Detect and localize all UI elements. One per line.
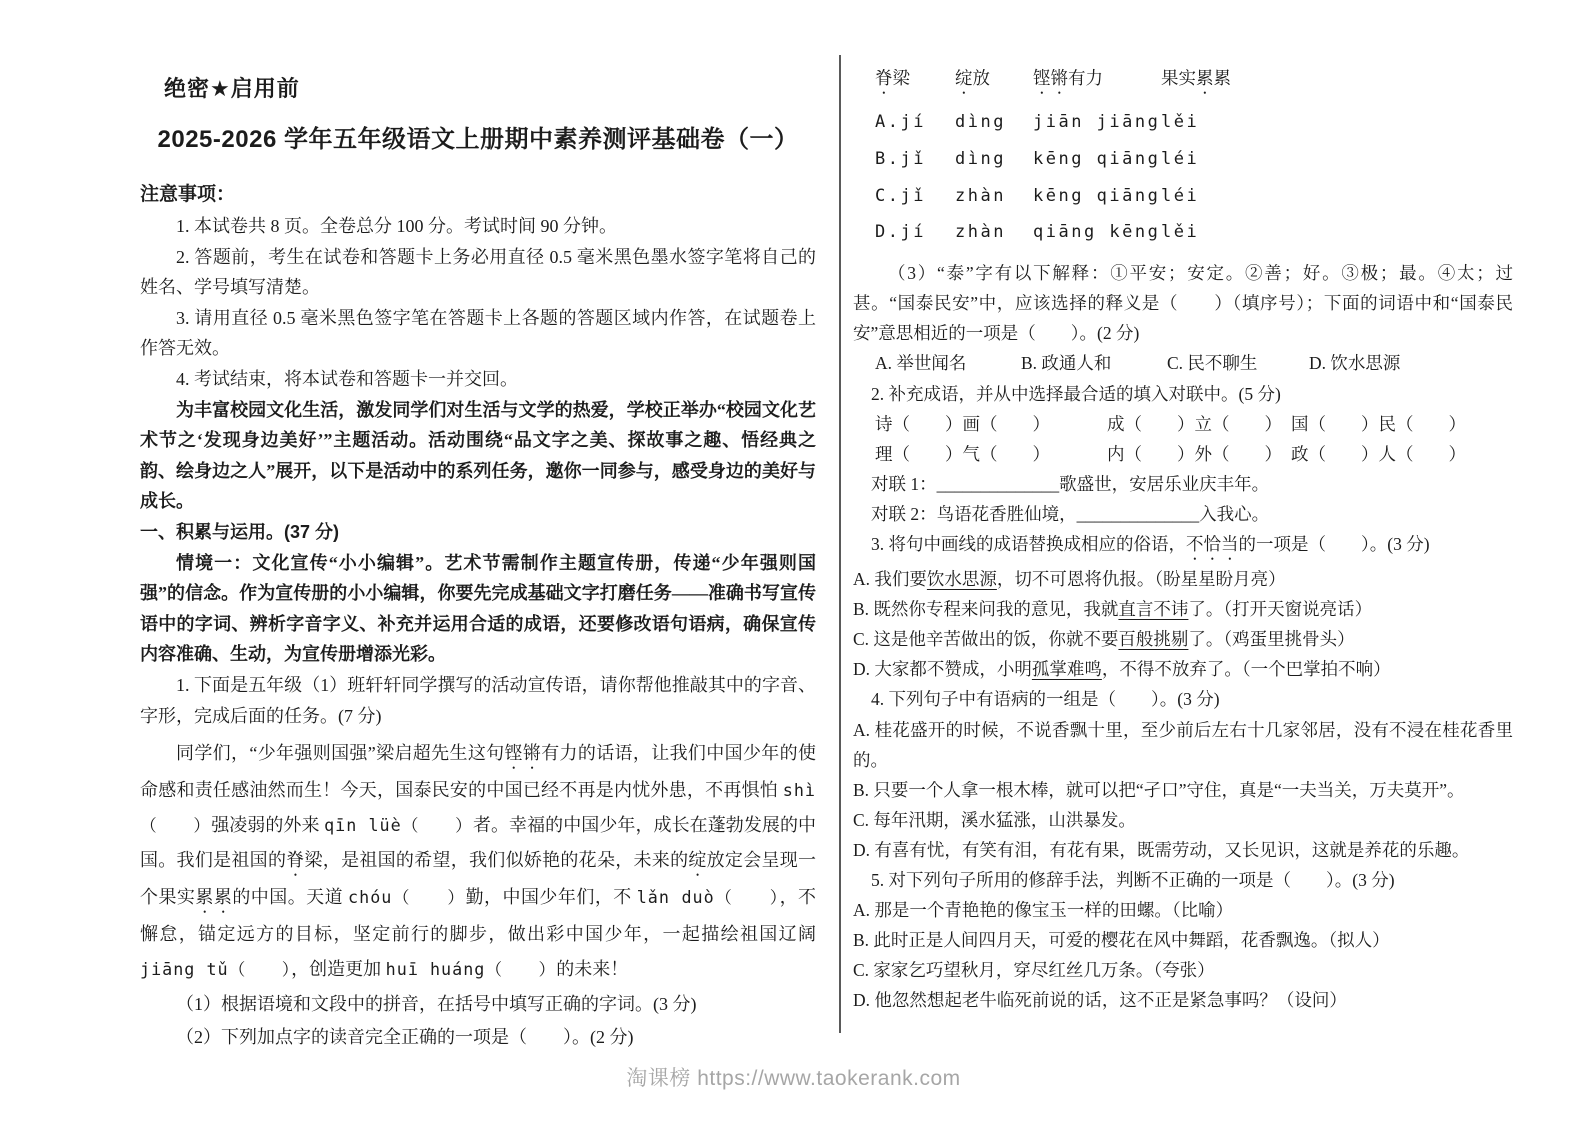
idiom-blank-4: 理（ ）气（ ） [875, 439, 1107, 469]
dotted-word-2: 绽放 [955, 66, 1033, 98]
dotted-word-3: 铿锵有力 [1033, 66, 1161, 98]
pinyin-d-3: qiāng kēng [1033, 221, 1161, 245]
idiom-blanks-row-1: 诗（ ）画（ ） 成（ ）立（ ） 国（ ）民（ ） [853, 409, 1513, 439]
paper-title: 2025-2026 学年五年级语文上册期中素养测评基础卷（一） [140, 124, 816, 155]
question-2-stem: 2. 补充成语，并从中选择最合适的填入对联中。(5 分) [853, 379, 1513, 409]
dotted-word-1: 脊梁 [875, 66, 955, 98]
footer-site-link[interactable]: 淘课榜 https://www.taokerank.com [626, 1067, 960, 1090]
notice-item-2: 2. 答题前，考生在试卷和答题卡上务必用直径 0.5 毫米黑色墨水签字笔将自己的… [140, 242, 816, 303]
pinyin-a-1: A.jí [875, 111, 955, 135]
pinyin-b-4: léi [1161, 148, 1513, 172]
pinyin-c-4: léi [1161, 185, 1513, 209]
question-4-option-c: C. 每年汛期，溪水猛涨，山洪暴发。 [853, 805, 1513, 835]
question-5-option-d: D. 他忽然想起老牛临死前说的话，这不正是紧急事吗？（设问） [853, 985, 1513, 1015]
question-1-3-stem: （3）“泰”字有以下解释：①平安；安定。②善；好。③极；最。④太；过甚。“国泰民… [853, 258, 1513, 348]
column-divider [839, 55, 841, 1033]
pinyin-option-b: B.jǐ dìng kēng qiāng léi [853, 148, 1513, 172]
intro-paragraph: 为丰富校园文化生活，激发同学们对生活与文学的热爱，学校正举办“校园文化艺术节之‘… [140, 395, 816, 517]
question-4-option-b: B. 只要一个人拿一根木棒，就可以把“孑口”守住，真是“一夫当关，万夫莫开”。 [853, 775, 1513, 805]
section-1-heading: 一、积累与运用。(37 分) [140, 517, 816, 548]
idiom-blank-6: 政（ ）人（ ） [1291, 439, 1513, 469]
question-5-option-a: A. 那是一个青艳艳的像宝玉一样的田螺。（比喻） [853, 895, 1513, 925]
dotted-words-row: 脊梁 绽放 铿锵有力 果实累累 [853, 66, 1513, 98]
pinyin-c-1: C.jǐ [875, 185, 955, 209]
pinyin-a-4: lěi [1161, 111, 1513, 135]
tai-option-c: C. 民不聊生 [1167, 348, 1309, 378]
pinyin-option-d: D.jí zhàn qiāng kēng lěi [853, 221, 1513, 245]
question-1-1-stem: （1）根据语境和文段中的拼音，在括号中填写正确的字词。(3 分) [140, 988, 816, 1021]
idiom-blank-1: 诗（ ）画（ ） [875, 409, 1107, 439]
question-4-option-a: A. 桂花盛开的时候，不说香飘十里，至少前后左右十几家邻居，没有不浸在桂花香里的… [853, 715, 1513, 775]
question-4-stem: 4. 下列句子中有语病的一组是（ ）。(3 分) [853, 684, 1513, 714]
notice-item-1: 1. 本试卷共 8 页。全卷总分 100 分。考试时间 90 分钟。 [140, 211, 816, 242]
question-3-option-a: A. 我们要饮水思源，切不可恩将仇报。（盼星星盼月亮） [853, 564, 1513, 594]
notice-item-4: 4. 考试结束，将本试卷和答题卡一并交回。 [140, 364, 816, 395]
pinyin-d-1: D.jí [875, 221, 955, 245]
pinyin-b-1: B.jǐ [875, 148, 955, 172]
tai-option-a: A. 举世闻名 [875, 348, 1021, 378]
question-1-2-stem: （2）下列加点字的读音完全正确的一项是（ ）。(2 分) [140, 1021, 816, 1054]
pinyin-c-3: kēng qiāng [1033, 185, 1161, 209]
question-5-option-b: B. 此时正是人间四月天，可爱的樱花在风中舞蹈，花香飘逸。（拟人） [853, 925, 1513, 955]
left-column: 绝密★启用前 2025-2026 学年五年级语文上册期中素养测评基础卷（一） 注… [140, 75, 816, 1054]
pinyin-d-2: zhàn [955, 221, 1033, 245]
idiom-blanks-row-2: 理（ ）气（ ） 内（ ）外（ ） 政（ ）人（ ） [853, 439, 1513, 469]
couplet-1: 对联 1：______________歌盛世，安居乐业庆丰年。 [853, 469, 1513, 499]
pinyin-a-3: jiān jiāng [1033, 111, 1161, 135]
pinyin-b-2: dìng [955, 148, 1033, 172]
right-column: 脊梁 绽放 铿锵有力 果实累累 A.jí dìng jiān jiāng lěi… [853, 66, 1513, 1015]
idiom-blank-2: 成（ ）立（ ） [1107, 409, 1291, 439]
idiom-blank-3: 国（ ）民（ ） [1291, 409, 1513, 439]
secret-label: 绝密★启用前 [140, 75, 816, 104]
question-3-option-b: B. 既然你专程来问我的意见，我就直言不讳了。（打开天窗说亮话） [853, 594, 1513, 624]
pinyin-a-2: dìng [955, 111, 1033, 135]
notice-heading: 注意事项： [140, 179, 816, 211]
tai-option-b: B. 政通人和 [1021, 348, 1167, 378]
idiom-blank-5: 内（ ）外（ ） [1107, 439, 1291, 469]
question-1-stem: 1. 下面是五年级（1）班轩轩同学撰写的活动宣传语，请你帮他推敲其中的字音、字形… [140, 670, 816, 731]
question-3-option-d: D. 大家都不赞成，小明孤掌难鸣，不得不放弃了。（一个巴掌拍不响） [853, 654, 1513, 684]
question-5-option-c: C. 家家乞巧望秋月，穿尽红丝几万条。（夸张） [853, 955, 1513, 985]
question-1-passage: 同学们，“少年强则国强”梁启超先生这句铿锵有力的话语，让我们中国少年的使命感和责… [140, 736, 816, 987]
pinyin-c-2: zhàn [955, 185, 1033, 209]
tai-option-d: D. 饮水思源 [1309, 348, 1513, 378]
question-5-stem: 5. 对下列句子所用的修辞手法，判断不正确的一项是（ ）。(3 分) [853, 865, 1513, 895]
pinyin-option-c: C.jǐ zhàn kēng qiāng léi [853, 185, 1513, 209]
tai-options-row: A. 举世闻名 B. 政通人和 C. 民不聊生 D. 饮水思源 [853, 348, 1513, 378]
question-3-stem: 3. 将句中画线的成语替换成相应的俗语，不恰当的一项是（ ）。(3 分) [853, 529, 1513, 564]
notice-item-3: 3. 请用直径 0.5 毫米黑色签字笔在答题卡上各题的答题区域内作答，在试题卷上… [140, 303, 816, 364]
exam-paper-page: 绝密★启用前 2025-2026 学年五年级语文上册期中素养测评基础卷（一） 注… [0, 0, 1587, 1122]
pinyin-b-3: kēng qiāng [1033, 148, 1161, 172]
dotted-word-4: 果实累累 [1161, 66, 1513, 98]
footer: 淘课榜 https://www.taokerank.com [0, 1062, 1587, 1092]
couplet-2: 对联 2：鸟语花香胜仙境，______________入我心。 [853, 499, 1513, 529]
question-3-option-c: C. 这是他辛苦做出的饭，你就不要百般挑剔了。（鸡蛋里挑骨头） [853, 624, 1513, 654]
pinyin-d-4: lěi [1161, 221, 1513, 245]
scenario-1-paragraph: 情境一：文化宣传“小小编辑”。艺术节需制作主题宣传册，传递“少年强则国强”的信念… [140, 548, 816, 670]
pinyin-option-a: A.jí dìng jiān jiāng lěi [853, 111, 1513, 135]
question-4-option-d: D. 有喜有忧，有笑有泪，有花有果，既需劳动，又长见识，这就是养花的乐趣。 [853, 835, 1513, 865]
